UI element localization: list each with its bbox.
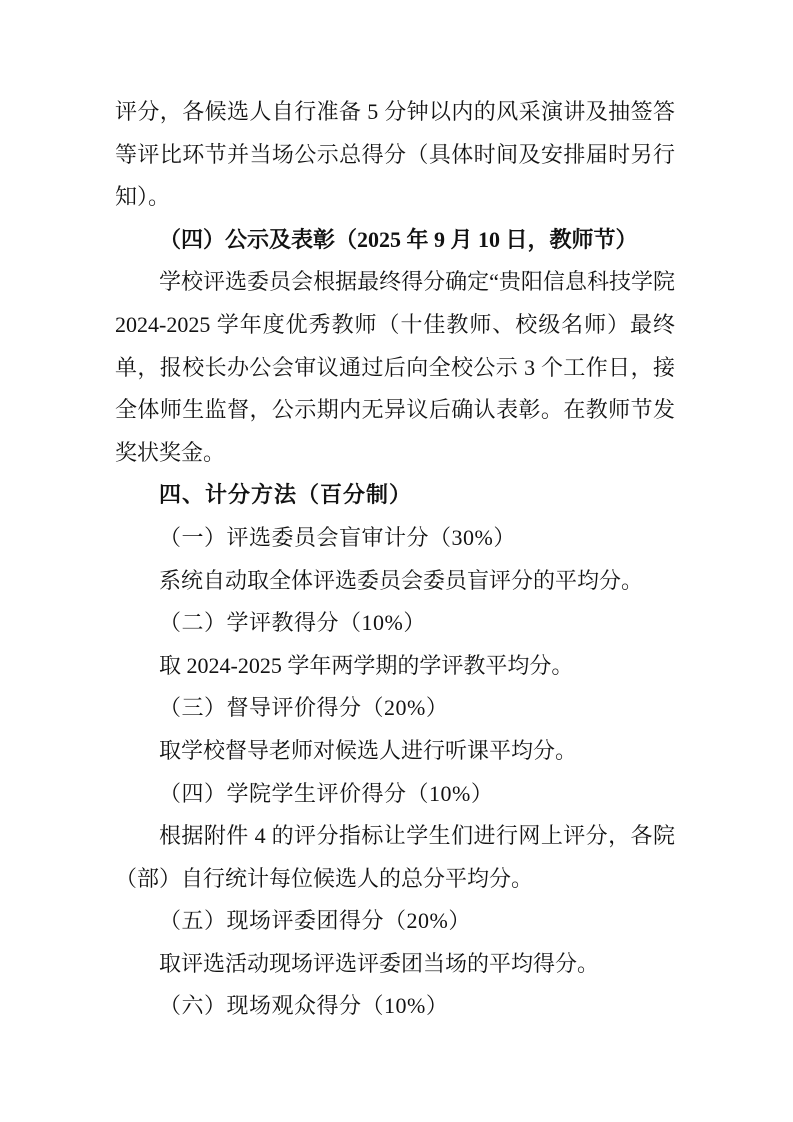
document-content: 评分，各候选人自行准备 5 分钟以内的风采演讲及抽签答题等评比环节并当场公示总得… <box>115 91 675 1028</box>
text-line: 学校评选委员会根据最终得分确定“贵阳信息科技学院 <box>115 261 675 304</box>
text-line: 知）。 <box>115 176 675 219</box>
text-line: 2024-2025 学年度优秀教师（十佳教师、校级名师）最终名 <box>115 304 675 347</box>
paragraph: 取 2024-2025 学年两学期的学评教平均分。 <box>115 645 675 688</box>
text-line: 根据附件 4 的评分指标让学生们进行网上评分，各院 <box>115 815 675 858</box>
paragraph: 学校评选委员会根据最终得分确定“贵阳信息科技学院2024-2025 学年度优秀教… <box>115 261 675 474</box>
text-line: 评分，各候选人自行准备 5 分钟以内的风采演讲及抽签答题 <box>115 91 675 134</box>
text-line: 取学校督导老师对候选人进行听课平均分。 <box>115 730 675 773</box>
paragraph: 取学校督导老师对候选人进行听课平均分。 <box>115 730 675 773</box>
paragraph: （四）公示及表彰（2025 年 9 月 10 日，教师节） <box>115 219 675 262</box>
text-line: （五）现场评委团得分（20%） <box>115 900 675 943</box>
text-line: 等评比环节并当场公示总得分（具体时间及安排届时另行通 <box>115 134 675 177</box>
paragraph: 评分，各候选人自行准备 5 分钟以内的风采演讲及抽签答题等评比环节并当场公示总得… <box>115 91 675 219</box>
text-line: 取评选活动现场评选评委团当场的平均得分。 <box>115 943 675 986</box>
text-line: （三）督导评价得分（20%） <box>115 687 675 730</box>
paragraph: （一）评选委员会盲审计分（30%） <box>115 517 675 560</box>
text-line: 取 2024-2025 学年两学期的学评教平均分。 <box>115 645 675 688</box>
paragraph: （二）学评教得分（10%） <box>115 602 675 645</box>
text-line: 系统自动取全体评选委员会委员盲评分的平均分。 <box>115 560 675 603</box>
text-line: （四）公示及表彰（2025 年 9 月 10 日，教师节） <box>115 219 675 262</box>
text-line: （一）评选委员会盲审计分（30%） <box>115 517 675 560</box>
paragraph: 四、计分方法（百分制） <box>115 474 675 517</box>
paragraph: （四）学院学生评价得分（10%） <box>115 773 675 816</box>
text-line: 单，报校长办公会审议通过后向全校公示 3 个工作日，接受 <box>115 347 675 390</box>
paragraph: （三）督导评价得分（20%） <box>115 687 675 730</box>
text-line: （二）学评教得分（10%） <box>115 602 675 645</box>
text-line: （部）自行统计每位候选人的总分平均分。 <box>115 858 675 901</box>
text-line: 全体师生监督，公示期内无异议后确认表彰。在教师节发放 <box>115 389 675 432</box>
paragraph: 取评选活动现场评选评委团当场的平均得分。 <box>115 943 675 986</box>
paragraph: （六）现场观众得分（10%） <box>115 985 675 1028</box>
paragraph: 系统自动取全体评选委员会委员盲评分的平均分。 <box>115 560 675 603</box>
paragraph: （五）现场评委团得分（20%） <box>115 900 675 943</box>
text-line: （六）现场观众得分（10%） <box>115 985 675 1028</box>
text-line: 四、计分方法（百分制） <box>115 474 675 517</box>
text-line: （四）学院学生评价得分（10%） <box>115 773 675 816</box>
document-page: 评分，各候选人自行准备 5 分钟以内的风采演讲及抽签答题等评比环节并当场公示总得… <box>0 0 793 1122</box>
text-line: 奖状奖金。 <box>115 432 675 475</box>
paragraph: 根据附件 4 的评分指标让学生们进行网上评分，各院（部）自行统计每位候选人的总分… <box>115 815 675 900</box>
